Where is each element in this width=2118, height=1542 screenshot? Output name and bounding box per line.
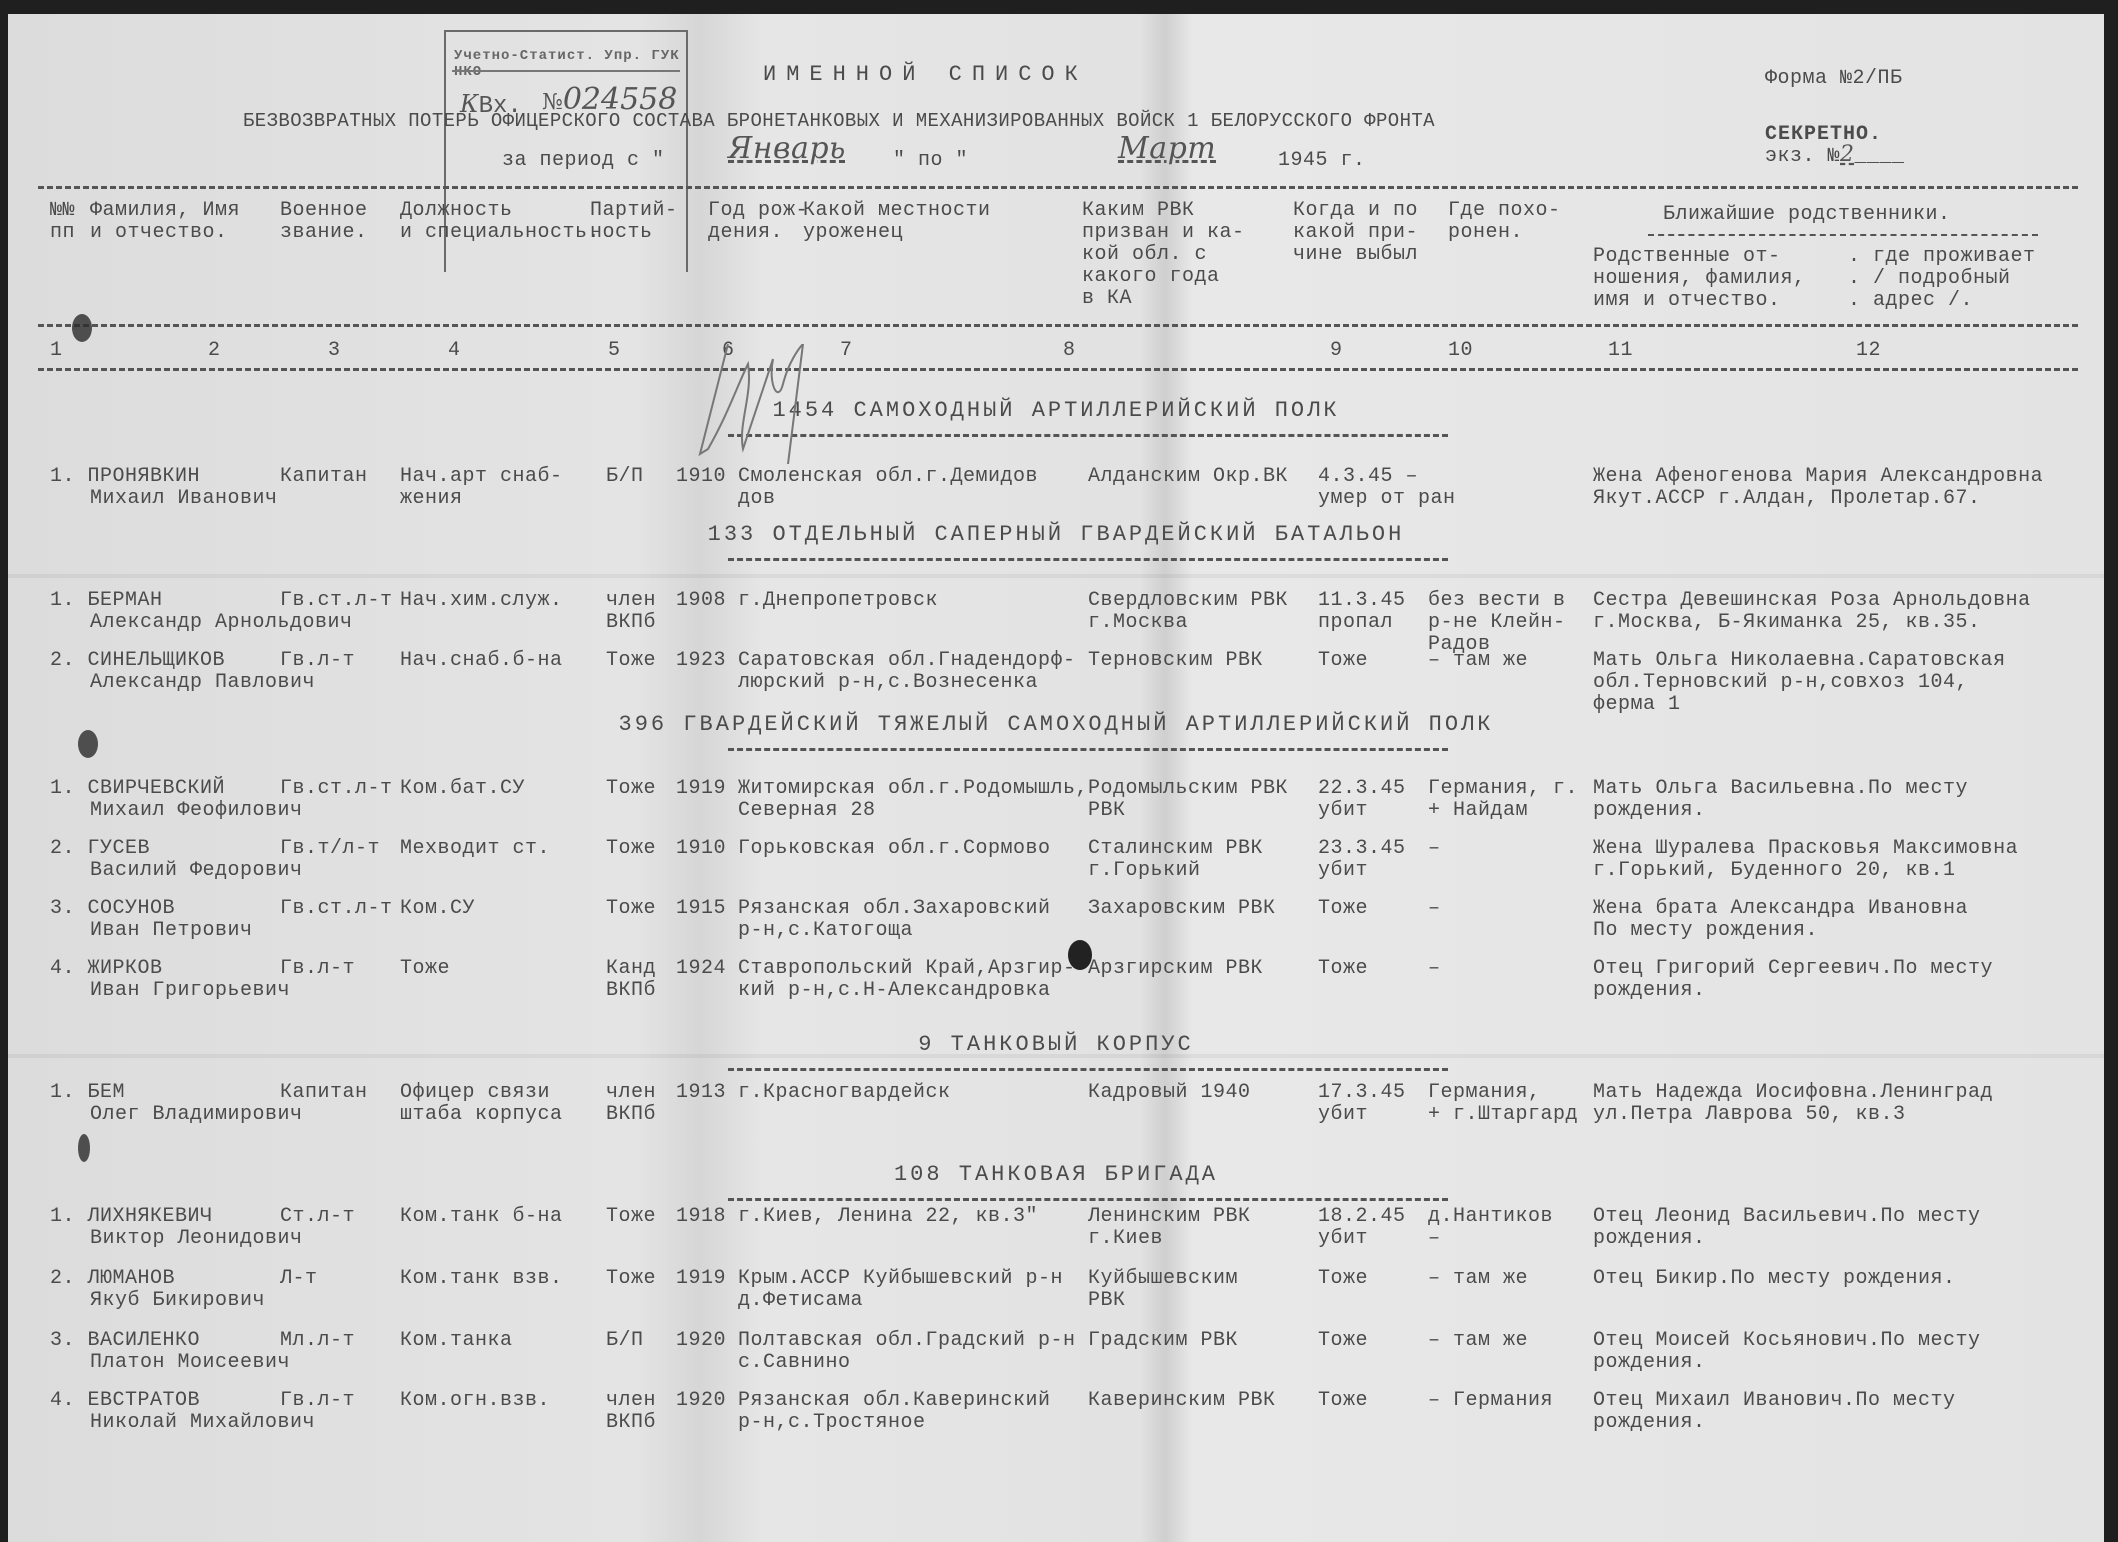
row-origin: Рязанская обл.Захаровский [738,898,1051,920]
row-address: обл.Терновский р-н,совхоз 104, ферма 1 [1593,672,1968,716]
row-surname: 4. ЖИРКОВ [50,958,163,980]
row-when: Тоже [1318,650,1368,672]
row-rank: Гв.ст.л-т [280,778,393,800]
row-name: Олег Владимирович [90,1104,303,1126]
row-address: Якут.АССР г.Алдан, Пролетар.67. [1593,488,1981,510]
row-relative: Мать Ольга Николаевна.Саратовская [1593,650,2006,672]
punch-hole [72,314,92,342]
row-relative: Отец Бикир.По месту рождения. [1593,1268,1956,1290]
section-title: 9 ТАНКОВЫЙ КОРПУС [8,1034,2104,1056]
row-birth-year: 1913 [676,1082,726,1104]
ink-blot [1068,940,1092,970]
row-origin: г.Днепропетровск [738,590,938,612]
row-rank: Гв.ст.л-т [280,590,393,612]
row-birth-year: 1908 [676,590,726,612]
row-name: Николай Михайлович [90,1412,315,1434]
row-surname: 1. БЕРМАН [50,590,163,612]
row-buried: – [1428,898,1441,920]
stamp-divider [452,70,680,72]
row-address: г.Москва, Б-Якиманка 25, кв.35. [1593,612,1981,634]
row-origin: Крым.АССР Куйбышевский р-н [738,1268,1063,1290]
header-rule [38,324,2078,327]
row-origin: Житомирская обл.г.Родомышль, [738,778,1088,800]
header-rule [38,368,2078,371]
scan-edge [2104,0,2118,1542]
row-address: рождения. [1593,1352,1706,1374]
row-when: Тоже [1318,898,1368,920]
row-rvk: Кадровый 1940 [1088,1082,1251,1104]
section-title: 396 ГВАРДЕЙСКИЙ ТЯЖЕЛЫЙ САМОХОДНЫЙ АРТИЛ… [8,714,2104,736]
column-number-11: 11 [1608,340,1633,362]
row-party: Тоже [606,838,656,860]
row-surname: 2. ГУСЕВ [50,838,150,860]
row-party: Тоже [606,778,656,800]
row-birth-year: 1923 [676,650,726,672]
row-rank: Капитан [280,466,368,488]
row-when: Тоже [1318,958,1368,980]
row-name: Платон Моисеевич [90,1352,290,1374]
column-number-9: 9 [1330,340,1343,362]
row-origin-2: кий р-н,с.Н-Александровка [738,980,1051,1002]
row-party: Тоже [606,898,656,920]
row-relative: Жена Афеногенова Мария Александровна [1593,466,2043,488]
row-post: Нач.хим.служ. [400,590,563,612]
row-surname: 3. ВАСИЛЕНКО [50,1330,200,1352]
row-when: Тоже [1318,1330,1368,1352]
column-number-10: 10 [1448,340,1473,362]
relatives-group-header: Ближайшие родственники. [1663,204,1951,226]
section-underline [728,1198,1448,1201]
row-cause: убит [1318,1104,1368,1126]
row-buried: – [1428,838,1441,860]
row-cause: пропал [1318,612,1393,634]
row-address: рождения. [1593,800,1706,822]
row-post: Ком.танк взв. [400,1268,563,1290]
row-post: Ком.танка [400,1330,513,1352]
row-address: ул.Петра Лаврова 50, кв.3 [1593,1104,1906,1126]
row-rvk-2: г.Киев [1088,1228,1163,1250]
column-header-7: Какой местности уроженец [803,200,991,244]
row-cause: убит [1318,860,1368,882]
row-birth-year: 1918 [676,1206,726,1228]
row-rank: Гв.л-т [280,1390,355,1412]
row-rvk: Сталинским РВК [1088,838,1263,860]
row-rvk-2: РВК [1088,800,1126,822]
row-when: Тоже [1318,1390,1368,1412]
row-origin: Рязанская обл.Каверинский [738,1390,1051,1412]
column-header-11: Родственные от- ношения, фамилия, имя и … [1593,246,1806,312]
row-buried: – Германия [1428,1390,1553,1412]
row-rank: Гв.т/л-т [280,838,380,860]
row-surname: 3. СОСУНОВ [50,898,175,920]
row-post: Мехводит ст. [400,838,550,860]
row-birth-year: 1924 [676,958,726,980]
row-relative: Мать Надежда Иосифовна.Ленинград [1593,1082,1993,1104]
column-header-3: Военное звание. [280,200,368,244]
column-header-6: Год рож- дения. [708,200,808,244]
row-name: Александр Арнольдович [90,612,353,634]
row-relative: Сестра Девешинская Роза Арнольдовна [1593,590,2031,612]
row-when: Тоже [1318,1268,1368,1290]
row-buried: Германия, + г.Штаргард [1428,1082,1578,1126]
row-relative: Мать Ольга Васильевна.По месту [1593,778,1968,800]
row-when: 17.3.45 [1318,1082,1406,1104]
row-surname: 1. БЕМ [50,1082,125,1104]
row-rvk: Терновским РВК [1088,650,1263,672]
section-underline [728,748,1448,751]
row-party: Тоже [606,1206,656,1228]
row-rvk: Куйбышевским [1088,1268,1238,1290]
row-origin-2: д.Фетисама [738,1290,863,1312]
row-birth-year: 1920 [676,1330,726,1352]
row-post: Ком.танк б-на [400,1206,563,1228]
column-header-9: Когда и по какой при- чине выбыл [1293,200,1418,266]
column-number-12: 12 [1856,340,1881,362]
row-origin: г.Красногвардейск [738,1082,951,1104]
row-cause: убит [1318,1228,1368,1250]
period-line: за период с " [502,150,665,172]
row-rank: Гв.ст.л-т [280,898,393,920]
row-when: 18.2.45 [1318,1206,1406,1228]
row-rank: Л-т [280,1268,318,1290]
section-title: 1454 САМОХОДНЫЙ АРТИЛЛЕРИЙСКИЙ ПОЛК [8,400,2104,422]
row-rank: Гв.л-т [280,650,355,672]
row-when: 23.3.45 [1318,838,1406,860]
row-surname: 1. ПРОНЯВКИН [50,466,200,488]
row-when: 11.3.45 [1318,590,1406,612]
header-rule [38,186,2078,189]
row-surname: 4. ЕВСТРАТОВ [50,1390,200,1412]
period-to-label: " по " [893,150,968,172]
column-header-8: Каким РВК призван и ка- кой обл. с каког… [1082,200,1245,310]
row-origin-2: р-н,с.Тростяное [738,1412,926,1434]
row-buried: без вести в р-не Клейн- Радов [1428,590,1566,656]
row-name: Виктор Леонидович [90,1228,303,1250]
column-header-5: Партий- ность [590,200,678,244]
row-buried: д.Нантиков – [1428,1206,1553,1250]
row-name: Василий Федорович [90,860,303,882]
row-cause: умер от ран [1318,488,1456,510]
row-party: Б/П [606,1330,644,1352]
row-birth-year: 1910 [676,466,726,488]
section-underline [728,558,1448,561]
section-title: 108 ТАНКОВАЯ БРИГАДА [8,1164,2104,1186]
row-rvk: Ленинским РВК [1088,1206,1251,1228]
copy-number: экз. №2____ [1765,144,1905,168]
row-surname: 2. СИНЕЛЬЩИКОВ [50,650,225,672]
column-header-10: Где похо- ронен. [1448,200,1561,244]
row-party: член ВКПб [606,590,656,634]
row-origin: Ставропольский Край,Арзгир- [738,958,1076,980]
row-name: Иван Григорьевич [90,980,290,1002]
row-origin-2: люрский р-н,с.Вознесенка [738,672,1038,694]
row-address: рождения. [1593,980,1706,1002]
row-buried: – [1428,958,1441,980]
row-post: Тоже [400,958,450,980]
section-underline [728,1068,1448,1071]
row-origin-2: Северная 28 [738,800,876,822]
row-surname: 1. ЛИХНЯКЕВИЧ [50,1206,213,1228]
row-rank: Капитан [280,1082,368,1104]
row-relative: Жена Шуралева Прасковья Максимовна [1593,838,2018,860]
row-origin-2: р-н,с.Катогоща [738,920,913,942]
document-sheet: Учетно-Статист. Упр. ГУК НКО КВх. №02455… [8,14,2104,1542]
row-rvk-2: г.Москва [1088,612,1188,634]
row-origin: Полтавская обл.Градский р-н [738,1330,1076,1352]
row-origin-2: с.Савнино [738,1352,851,1374]
row-birth-year: 1915 [676,898,726,920]
row-address: По месту рождения. [1593,920,1818,942]
row-name: Александр Павлович [90,672,315,694]
row-birth-year: 1919 [676,778,726,800]
row-rvk: Градским РВК [1088,1330,1238,1352]
row-when: 4.3.45 – [1318,466,1418,488]
row-buried: – там же [1428,650,1528,672]
relatives-rule [1648,234,2038,236]
row-address: г.Горький, Буденного 20, кв.1 [1593,860,1956,882]
row-post: Нач.снаб.б-на [400,650,563,672]
row-post: Ком.огн.взв. [400,1390,550,1412]
row-rvk: Свердловским РВК [1088,590,1288,612]
row-address: рождения. [1593,1412,1706,1434]
row-rvk: Каверинским РВК [1088,1390,1276,1412]
row-post: Офицер связи штаба корпуса [400,1082,563,1126]
row-party: член ВКПб [606,1082,656,1126]
row-surname: 1. СВИРЧЕВСКИЙ [50,778,225,800]
row-relative: Жена брата Александра Ивановна [1593,898,1968,920]
fold-line [8,574,2104,578]
row-origin: г.Киев, Ленина 22, кв.3" [738,1206,1038,1228]
signature-icon [688,344,858,464]
column-header-2: Фамилия, Имя и отчество. [90,200,240,244]
column-number-3: 3 [328,340,341,362]
row-party: Канд ВКПб [606,958,656,1002]
row-rank: Гв.л-т [280,958,355,980]
row-address: рождения. [1593,1228,1706,1250]
row-name: Якуб Бикирович [90,1290,265,1312]
row-post: Ком.бат.СУ [400,778,525,800]
column-header-12: . где проживает . / подробный . адрес /. [1848,246,2036,312]
row-name: Иван Петрович [90,920,253,942]
column-number-8: 8 [1063,340,1076,362]
row-rank: Ст.л-т [280,1206,355,1228]
section-title: 133 ОТДЕЛЬНЫЙ САПЕРНЫЙ ГВАРДЕЙСКИЙ БАТАЛ… [8,524,2104,546]
column-header-4: Должность и специальность. [400,200,600,244]
row-relative: Отец Леонид Васильевич.По месту [1593,1206,1981,1228]
row-rank: Мл.л-т [280,1330,355,1352]
row-buried: – там же [1428,1268,1528,1290]
secret-mark: СЕКРЕТНО. [1765,124,1882,146]
row-rvk: Родомыльским РВК [1088,778,1288,800]
row-relative: Отец Моисей Косьянович.По месту [1593,1330,1981,1352]
row-party: член ВКПб [606,1390,656,1434]
row-party: Тоже [606,650,656,672]
row-origin-2: дов [738,488,776,510]
row-origin: Горьковская обл.г.Сормово [738,838,1051,860]
row-name: Михаил Феофилович [90,800,303,822]
punch-hole [78,730,98,758]
column-number-2: 2 [208,340,221,362]
row-buried: – там же [1428,1330,1528,1352]
form-number: Форма №2/ПБ [1765,68,1903,90]
row-relative: Отец Григорий Сергеевич.По месту [1593,958,1993,980]
row-surname: 2. ЛЮМАНОВ [50,1268,175,1290]
row-post: Ком.СУ [400,898,475,920]
row-birth-year: 1910 [676,838,726,860]
period-to: Март [1118,138,1216,165]
row-rvk: Захаровским РВК [1088,898,1276,920]
column-number-5: 5 [608,340,621,362]
row-birth-year: 1920 [676,1390,726,1412]
row-party: Тоже [606,1268,656,1290]
row-rvk-2: РВК [1088,1290,1126,1312]
period-from: Январь [728,138,846,165]
row-rvk: Алданским Окр.ВК [1088,466,1288,488]
document-subtitle: БЕЗВОЗВРАТНЫХ ПОТЕРЬ ОФИЦЕРСКОГО СОСТАВА… [243,110,1435,132]
row-birth-year: 1919 [676,1268,726,1290]
row-relative: Отец Михаил Иванович.По месту [1593,1390,1956,1412]
stamp-header: Учетно-Статист. Упр. ГУК НКО [454,48,686,80]
row-buried: Германия, г. + Найдам [1428,778,1578,822]
row-rvk-2: г.Горький [1088,860,1201,882]
punch-hole [78,1134,90,1162]
row-party: Б/П [606,466,644,488]
row-origin: Смоленская обл.г.Демидов [738,466,1038,488]
row-cause: убит [1318,800,1368,822]
column-number-4: 4 [448,340,461,362]
column-header-1: №№ пп [50,200,75,244]
row-rvk: Арзгирским РВК [1088,958,1263,980]
row-when: 22.3.45 [1318,778,1406,800]
period-year: 1945 г. [1278,150,1366,172]
row-origin: Саратовская обл.Гнадендорф- [738,650,1076,672]
row-name: Михаил Иванович [90,488,278,510]
row-post: Нач.арт снаб- жения [400,466,563,510]
column-number-1: 1 [50,340,63,362]
document-title: ИМЕННОЙ СПИСОК [763,64,1088,86]
